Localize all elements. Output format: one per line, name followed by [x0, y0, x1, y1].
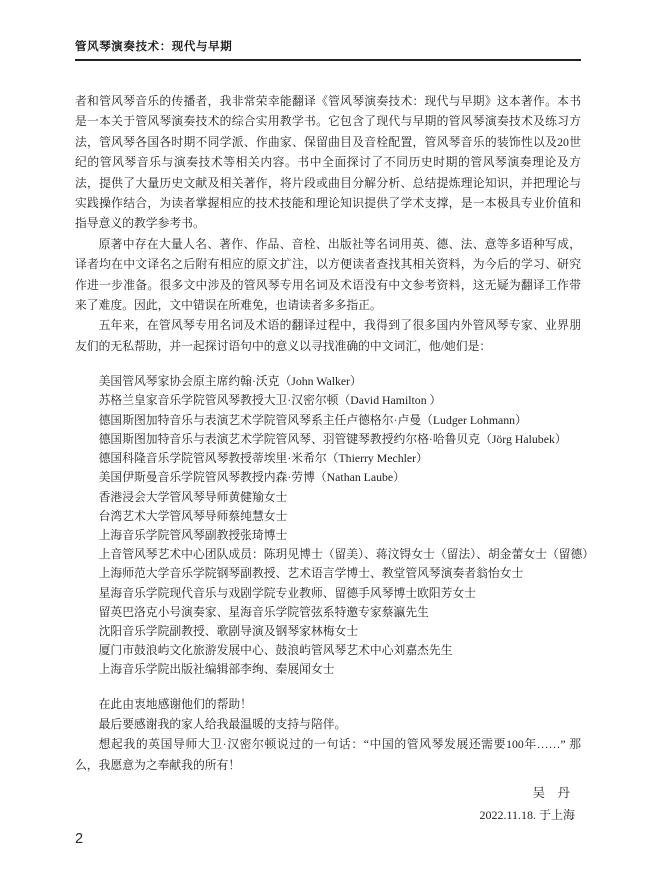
- acknowledgment-item: 香港浸会大学管风琴导师黄健羭女士: [75, 488, 581, 507]
- acknowledgment-item: 美国伊斯曼音乐学院管风琴教授内森·劳博（Nathan Laube）: [75, 468, 581, 487]
- acknowledgment-item: 台湾艺术大学管风琴导师蔡纯慧女士: [75, 507, 581, 526]
- acknowledgment-item: 沈阳音乐学院副教授、歌剧导演及钢琴家林梅女士: [75, 622, 581, 641]
- acknowledgment-list: 美国管风琴家协会原主席约翰·沃克（John Walker） 苏格兰皇家音乐学院管…: [75, 372, 581, 679]
- paragraph: 五年来，在管风琴专用名词及术语的翻译过程中，我得到了很多国内外管风琴专家、业界朋…: [75, 315, 581, 356]
- page-content: 管风琴演奏技术：现代与早期 者和管风琴音乐的传播者，我非常荣幸能翻译《管风琴演奏…: [75, 38, 581, 826]
- running-header-title: 管风琴演奏技术：现代与早期: [75, 38, 581, 61]
- acknowledgment-item: 星海音乐学院现代音乐与戏剧学院专业教师、留德手风琴博士欧阳芳女士: [75, 584, 581, 603]
- closing-section: 在此由衷地感谢他们的帮助！ 最后要感谢我的家人给我最温暖的支持与陪伴。 想起我的…: [75, 694, 581, 776]
- acknowledgment-item: 上音管风琴艺术中心团队成员：陈玥见博士（留美）、蒋汶锝女士（留法）、胡金蕾女士（…: [75, 545, 581, 564]
- acknowledgment-item: 德国斯图加特音乐与表演艺术学院管风琴系主任卢德格尔·卢曼（Ludger Lohm…: [75, 411, 581, 430]
- book-page: 管风琴演奏技术：现代与早期 者和管风琴音乐的传播者，我非常荣幸能翻译《管风琴演奏…: [0, 0, 657, 881]
- acknowledgment-item: 上海音乐学院出版社编辑部李绚、秦展闻女士: [75, 660, 581, 679]
- acknowledgment-item: 上海音乐学院管风琴副教授张琦博士: [75, 526, 581, 545]
- closing-paragraph: 最后要感谢我的家人给我最温暖的支持与陪伴。: [75, 714, 581, 734]
- acknowledgment-item: 德国斯图加特音乐与表演艺术学院管风琴、羽管键琴教授约尔格·哈鲁贝克（Jörg H…: [75, 430, 581, 449]
- acknowledgment-item: 留英巴洛克小号演奏家、星海音乐学院管弦系特邀专家蔡瀛先生: [75, 603, 581, 622]
- closing-paragraph: 想起我的英国导师大卫·汉密尔顿说过的一句话：“中国的管风琴发展还需要100年………: [75, 734, 581, 775]
- acknowledgment-item: 苏格兰皇家音乐学院管风琴教授大卫·汉密尔顿（David Hamilton ）: [75, 391, 581, 410]
- signature-block: 吴 丹 2022.11.18. 于上海: [75, 782, 581, 826]
- acknowledgment-item: 上海师范大学音乐学院钢琴副教授、艺术语言学博士、教堂管风琴演奏者翁怡女士: [75, 564, 581, 583]
- signature-name: 吴 丹: [75, 782, 575, 804]
- preface-body: 者和管风琴音乐的传播者，我非常荣幸能翻译《管风琴演奏技术：现代与早期》这本著作。…: [75, 91, 581, 826]
- acknowledgment-item: 德国科隆音乐学院管风琴教授蒂埃里·米希尔（Thierry Mechler）: [75, 449, 581, 468]
- paragraph-continuation: 者和管风琴音乐的传播者，我非常荣幸能翻译《管风琴演奏技术：现代与早期》这本著作。…: [75, 91, 581, 234]
- closing-paragraph: 在此由衷地感谢他们的帮助！: [75, 694, 581, 714]
- acknowledgment-item: 美国管风琴家协会原主席约翰·沃克（John Walker）: [75, 372, 581, 391]
- signature-date: 2022.11.18. 于上海: [75, 804, 575, 826]
- acknowledgment-item: 厦门市鼓浪屿文化旅游发展中心、鼓浪屿管风琴艺术中心刘嘉杰先生: [75, 641, 581, 660]
- page-number: 2: [75, 831, 83, 847]
- paragraph: 原著中存在大量人名、著作、作品、音栓、出版社等名词用英、德、法、意等多语种写成，…: [75, 234, 581, 316]
